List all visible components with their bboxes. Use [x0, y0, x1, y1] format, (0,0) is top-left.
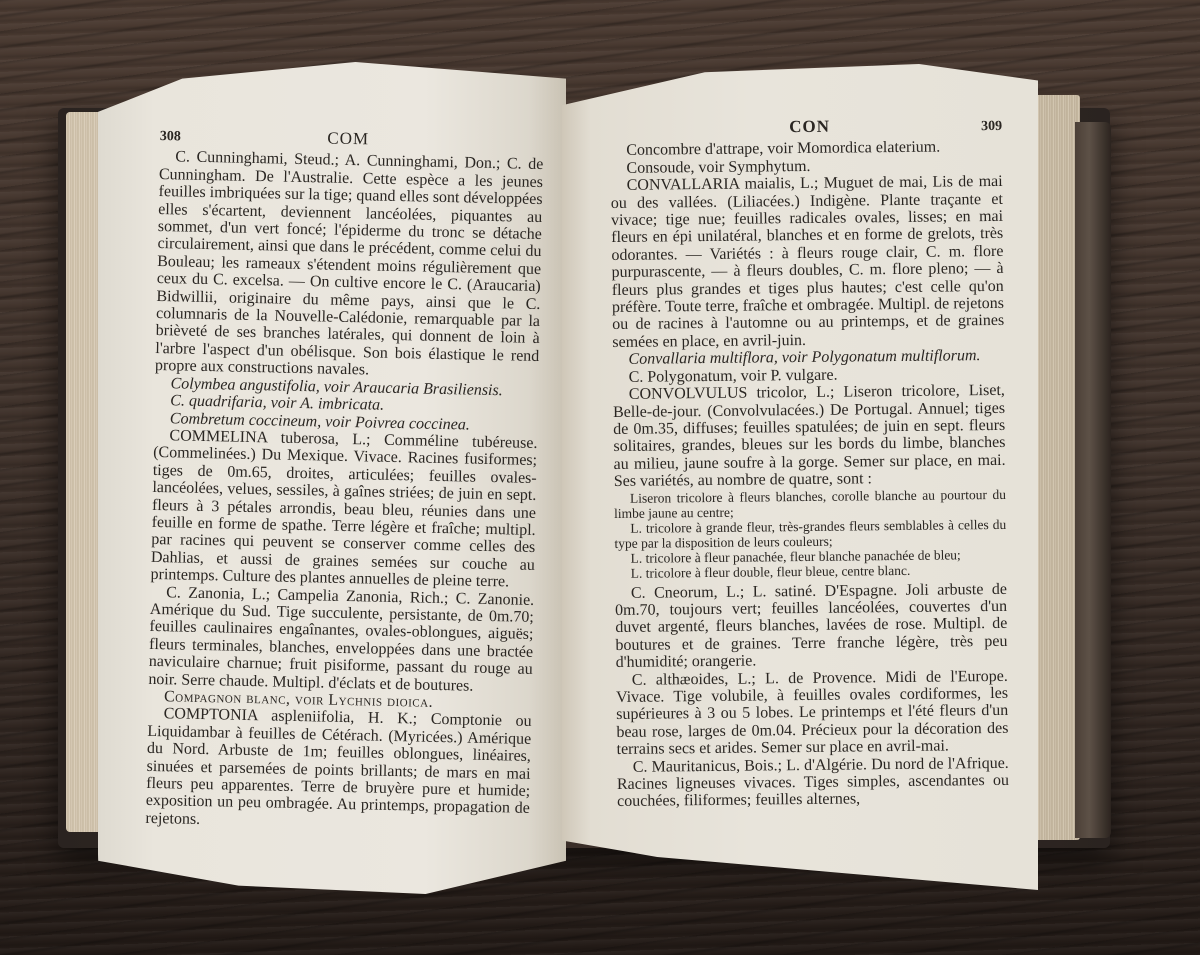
entry-paragraph: C. Cunninghami, Steud.; A. Cunninghami, …: [155, 148, 544, 382]
right-page: CON 309 Concombre d'attrape, voir Momord…: [562, 64, 1038, 890]
entry-paragraph: C. althæoides, L.; L. de Provence. Midi …: [616, 667, 1009, 758]
page-number: 308: [160, 128, 181, 146]
variety-item: L. tricolore à grande fleur, très-grande…: [614, 516, 1006, 550]
entry-paragraph: CONVOLVULUS tricolor, L.; Liseron tricol…: [613, 382, 1006, 491]
entry-paragraph: COMPTONIA aspleniifolia, H. K.; Comptoni…: [145, 705, 531, 835]
running-head: COM: [327, 130, 369, 148]
running-head: CON: [789, 118, 830, 136]
page-number: 309: [981, 118, 1002, 136]
entry-paragraph: C. Mauritanicus, Bois.; L. d'Algérie. Du…: [617, 754, 1010, 810]
entry-paragraph: COMMELINA tuberosa, L.; Comméline tubére…: [150, 427, 537, 592]
entry-paragraph: CONVALLARIA maialis, L.; Muguet de mai, …: [611, 173, 1005, 351]
variety-item: Liseron tricolore à fleurs blanches, cor…: [614, 486, 1006, 520]
right-page-header: CON 309: [610, 116, 1002, 140]
entry-paragraph: C. Zanonia, L.; Campelia Zanonia, Rich.;…: [148, 583, 534, 695]
book-binding-right: [1075, 122, 1111, 838]
entry-paragraph: C. Cneorum, L.; L. satiné. D'Espagne. Jo…: [615, 580, 1008, 671]
left-page: 308 COM C. Cunninghami, Steud.; A. Cunni…: [98, 62, 566, 894]
